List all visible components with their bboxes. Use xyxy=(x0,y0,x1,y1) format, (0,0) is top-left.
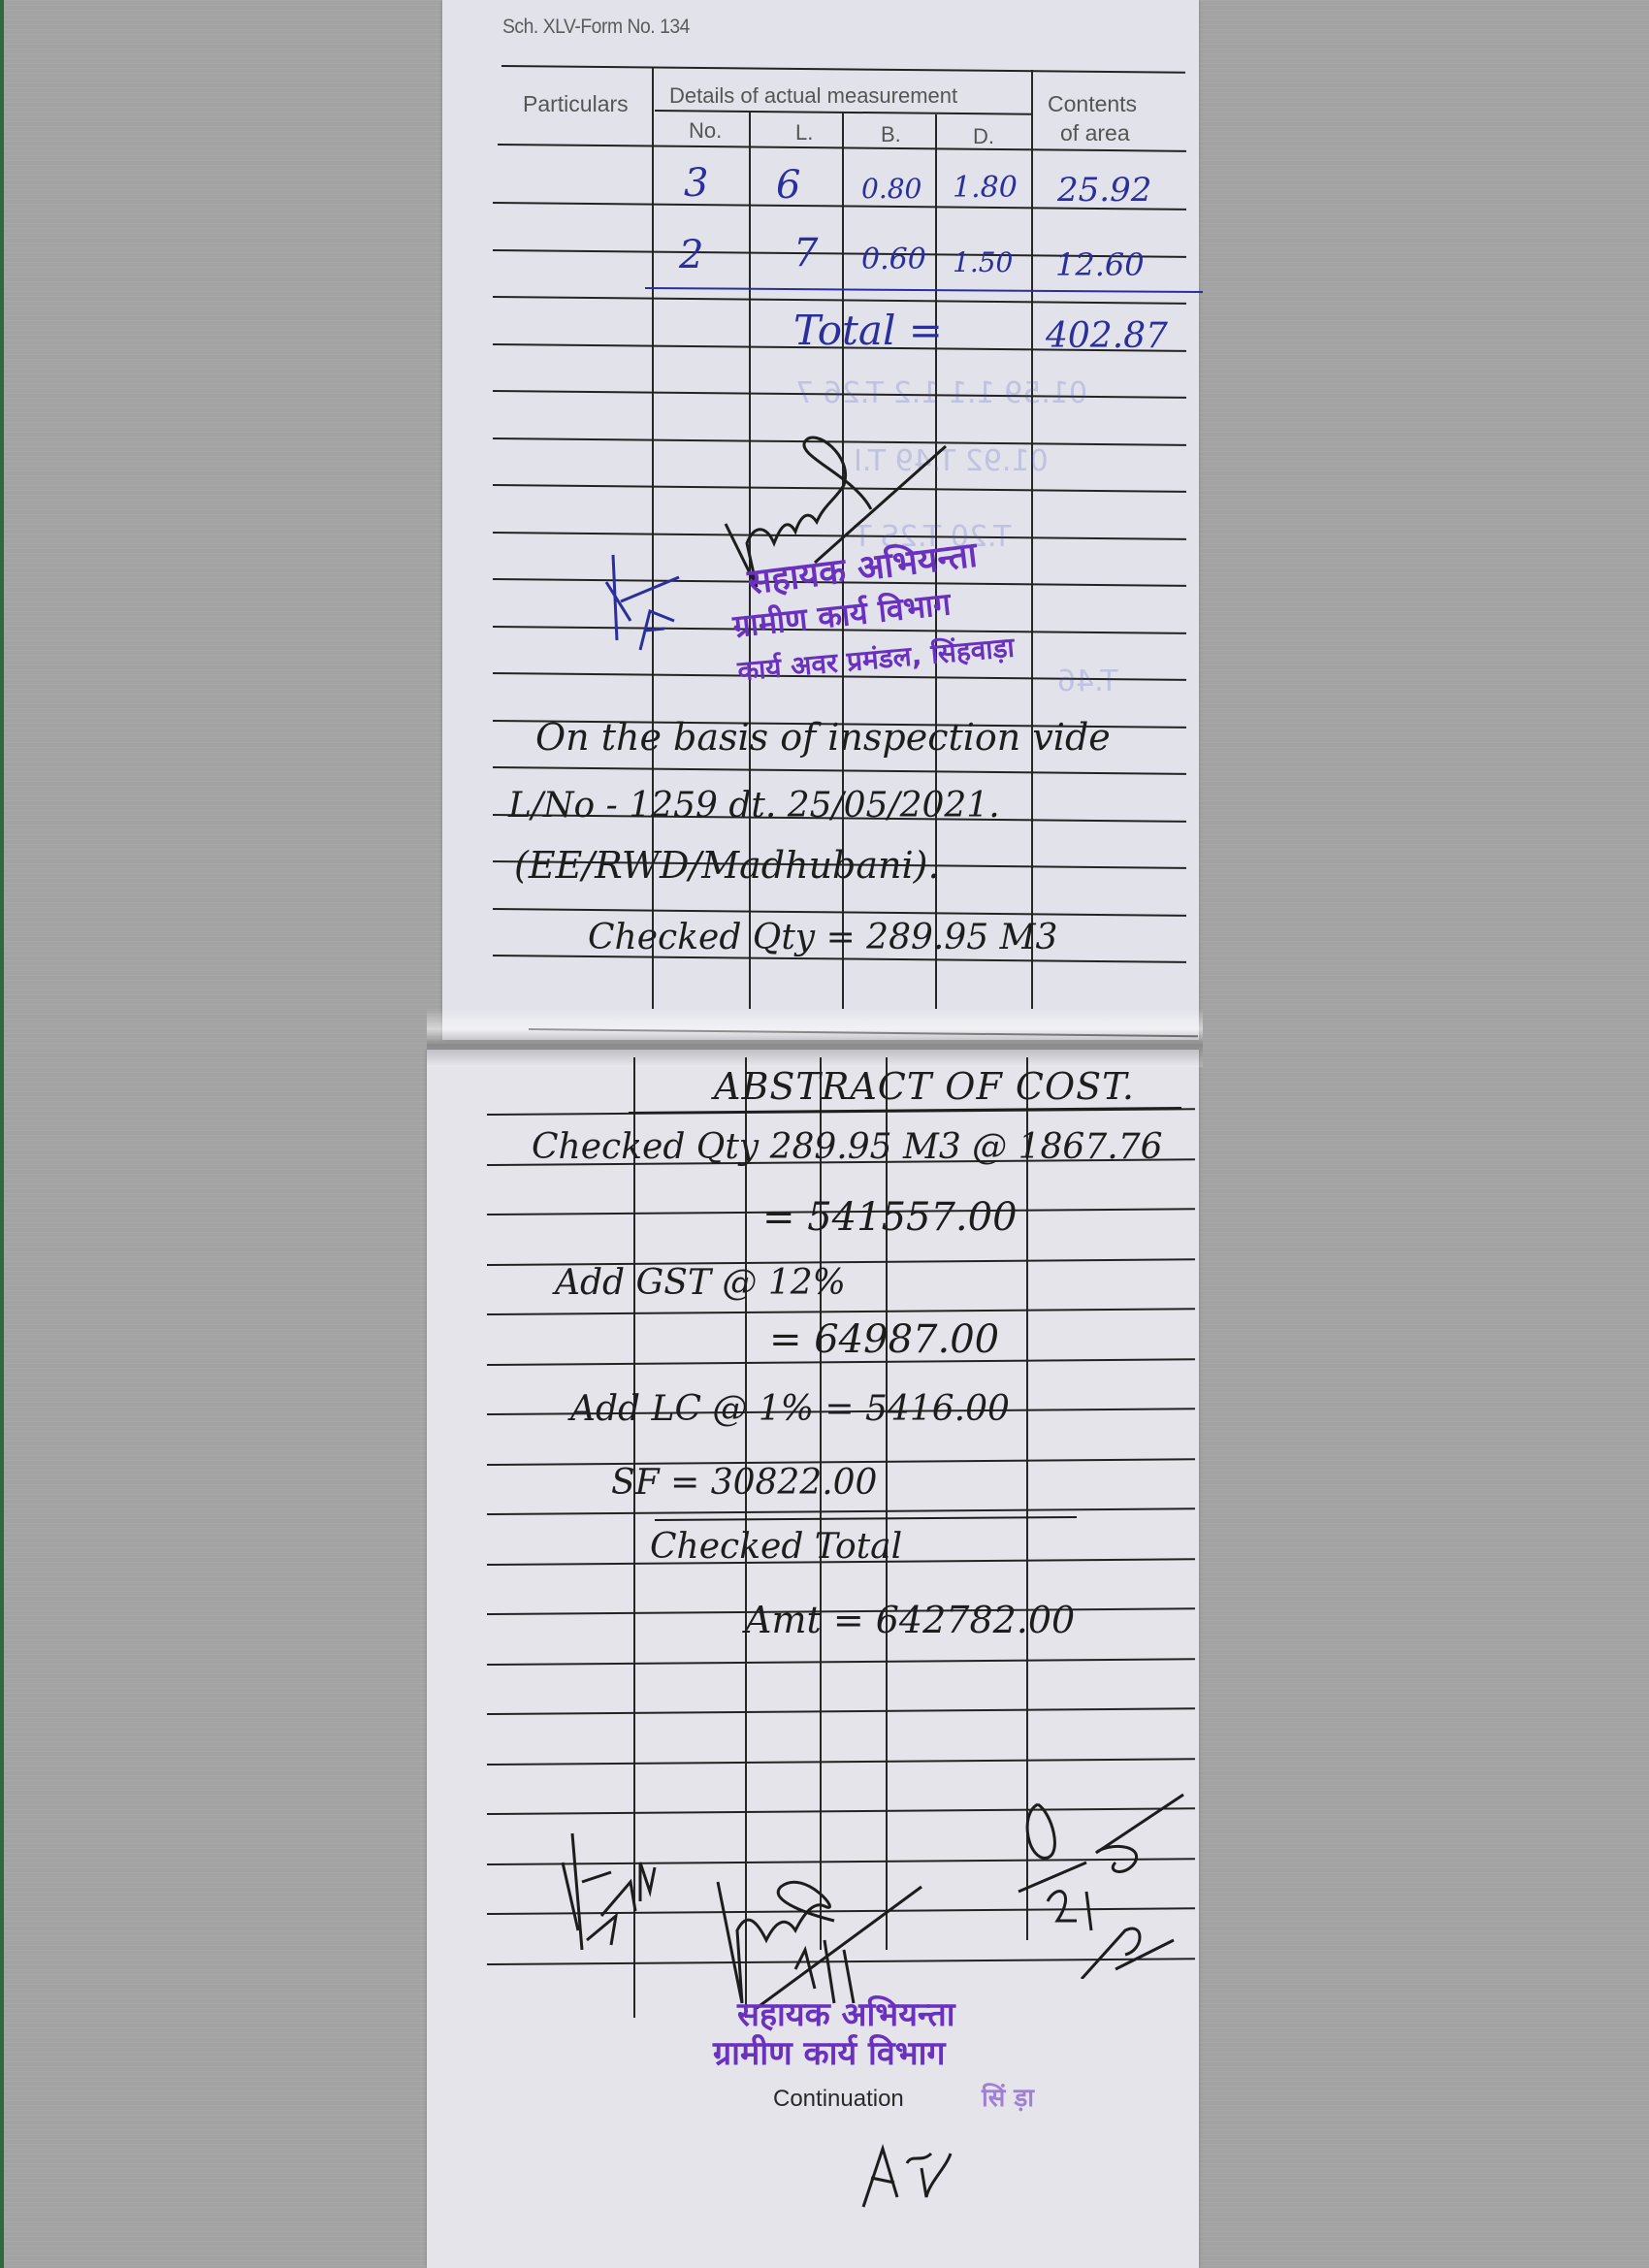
initials-signature-left xyxy=(543,1824,718,1969)
initials-ae-je xyxy=(592,543,698,660)
total-value: 402.87 xyxy=(1046,316,1168,356)
header-d: D. xyxy=(973,124,994,149)
header-particulars: Particulars xyxy=(523,91,629,117)
row-l: 7 xyxy=(793,231,818,275)
abstract-line-gst: Add GST @ 12% xyxy=(555,1263,846,1303)
continuation-text: Continuation xyxy=(773,2086,904,2112)
header-no: No. xyxy=(689,118,722,144)
stamp-department-bottom: ग्रामीण कार्य विभाग xyxy=(713,2029,946,2074)
continuation-label: Continuation xyxy=(773,2086,904,2113)
note-line-1: On the basis of inspection vide xyxy=(535,716,1111,759)
scanner-edge xyxy=(0,0,4,2268)
stamp-office-bottom-faded: सिं ड़ा xyxy=(982,2079,1034,2114)
header-of-area: of area xyxy=(1060,120,1130,146)
note-line-2: L/No - 1259 dt. 25/05/2021. xyxy=(508,786,1000,826)
header-details: Details of actual measurement xyxy=(669,83,957,109)
row-l: 6 xyxy=(776,163,800,208)
row-d: 1.80 xyxy=(953,171,1018,205)
abstract-line-gst-amount: = 64987.00 xyxy=(769,1317,999,1362)
abstract-title: ABSTRACT OF COST. xyxy=(714,1065,1135,1108)
column-line xyxy=(1031,70,1033,1009)
bleed-through-text: T.46 xyxy=(1057,664,1117,698)
row-d: 1.50 xyxy=(953,246,1013,278)
row-no: 2 xyxy=(679,233,703,277)
signature-right-dated xyxy=(1009,1785,1203,1979)
form-number: Sch. XLV-Form No. 134 xyxy=(502,16,690,39)
row-area: 25.92 xyxy=(1057,171,1151,210)
abstract-line-total-amount: Amt = 642782.00 xyxy=(745,1599,1075,1641)
total-label: Total = xyxy=(793,307,943,354)
note-line-3: (EE/RWD/Madhubani). xyxy=(514,844,940,887)
abstract-line-amount: = 541557.00 xyxy=(762,1195,1018,1240)
row-no: 3 xyxy=(684,161,708,206)
header-l: L. xyxy=(795,120,813,146)
abstract-line-lc: Add LC @ 1% = 5416.00 xyxy=(570,1389,1010,1429)
header-b: B. xyxy=(881,122,901,147)
column-line xyxy=(886,1057,888,1950)
column-line xyxy=(820,1057,822,1950)
row-area: 12.60 xyxy=(1055,246,1145,283)
note-line-4: Checked Qty = 289.95 M3 xyxy=(588,918,1057,957)
abstract-line-sf: SF = 30822.00 xyxy=(611,1463,877,1503)
abstract-line-checked-qty: Checked Qty 289.95 M3 @ 1867.76 xyxy=(532,1127,1163,1167)
header-contents: Contents xyxy=(1048,91,1137,117)
abstract-line-checked-total: Checked Total xyxy=(650,1527,902,1567)
row-b: 0.60 xyxy=(861,243,926,276)
bleed-through-text: 01.59 1.1 1.2 T.26 7 xyxy=(795,376,1087,410)
row-b: 0.80 xyxy=(861,173,921,205)
initials-ae-bottom xyxy=(854,2134,960,2221)
